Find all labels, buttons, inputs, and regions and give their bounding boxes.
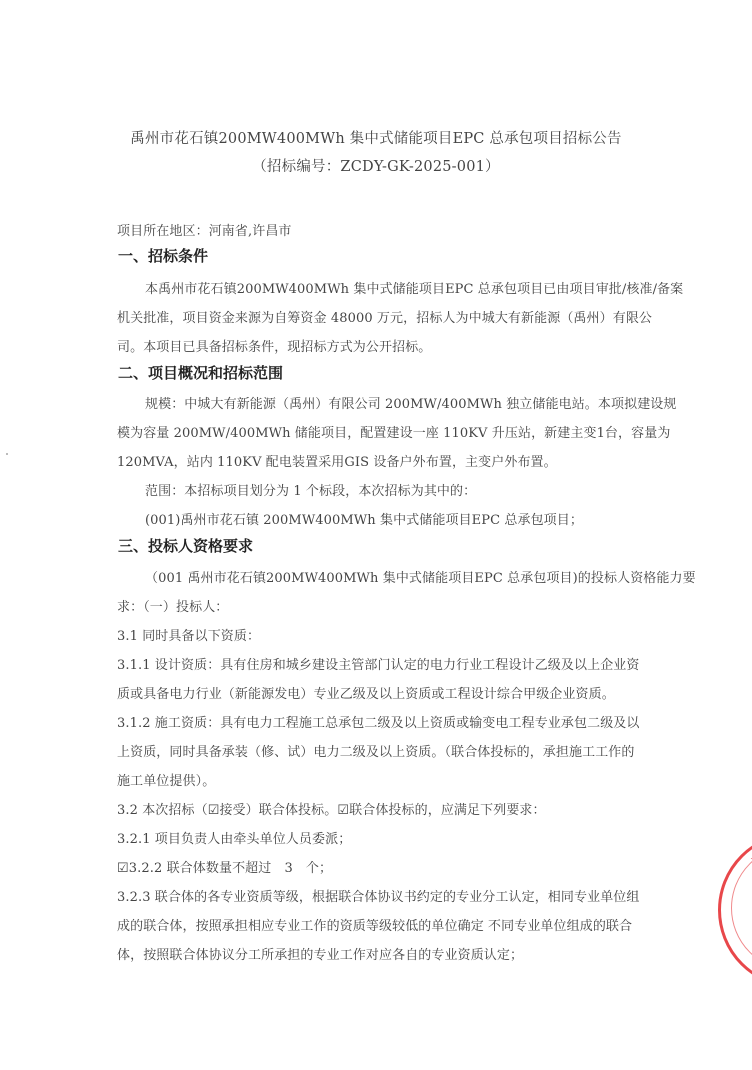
- paragraph-line: 3.2 本次招标（☑接受）联合体投标。☑联合体投标的，应满足下列要求：: [117, 799, 637, 818]
- paragraph-line: 3.1.1 设计资质：具有住房和城乡建设主管部门认定的电力行业工程设计乙级及以上…: [117, 654, 637, 673]
- section-heading-1: 一、招标条件: [118, 245, 208, 266]
- paragraph-line: 本禹州市花石镇200MW400MWh 集中式储能项目EPC 总承包项目已由项目审…: [145, 278, 665, 297]
- paragraph-line: 3.2.1 项目负责人由牵头单位人员委派；: [117, 828, 637, 847]
- project-location: 项目所在地区：河南省,许昌市: [117, 220, 637, 239]
- section-heading-3: 三、投标人资格要求: [118, 535, 253, 556]
- paragraph-line: 施工单位提供）。: [117, 770, 637, 789]
- paragraph-line: 上资质，同时具备承装（修、试）电力二级及以上资质。（联合体投标的，承担施工工作的: [117, 741, 637, 760]
- section-heading-2: 二、项目概况和招标范围: [118, 362, 283, 383]
- paragraph-line: 质或具备电力行业（新能源发电）专业乙级及以上资质或工程设计综合甲级企业资质。: [117, 683, 637, 702]
- paragraph-line: ☑3.2.2 联合体数量不超过 3 个；: [117, 857, 637, 876]
- paragraph-line: 范围：本招标项目划分为 1 个标段，本次招标为其中的：: [145, 480, 665, 499]
- paragraph-line: 规模：中城大有新能源（禹州）有限公司 200MW/400MWh 独立储能电站。本…: [145, 393, 665, 412]
- paragraph-line: 3.1 同时具备以下资质：: [117, 625, 637, 644]
- paragraph-line: 体，按照联合体协议分工所承担的专业工作对应各自的专业资质认定；: [117, 944, 637, 963]
- tender-announcement-page: 禹州市花石镇200MW400MWh 集中式储能项目EPC 总承包项目招标公告 （…: [0, 0, 752, 1070]
- paragraph-line: 司。本项目已具备招标条件，现招标方式为公开招标。: [117, 336, 637, 355]
- seal-inner-ring: [731, 845, 752, 971]
- paragraph-line: 3.2.3 联合体的各专业资质等级，根据联合体协议书约定的专业分工认定，相同专业…: [117, 886, 637, 905]
- scan-speck: [6, 453, 8, 455]
- paragraph-line: 3.1.2 施工资质：具有电力工程施工总承包二级及以上资质或输变电工程专业承包二…: [117, 712, 637, 731]
- paragraph-line: 机关批准，项目资金来源为自筹资金 48000 万元，招标人为中城大有新能源（禹州…: [117, 307, 637, 326]
- paragraph-line: 求：（一）投标人：: [117, 596, 637, 615]
- paragraph-line: 120MVA，站内 110KV 配电装置采用GIS 设备户外布置，主变户外布置。: [117, 451, 637, 470]
- tender-number: （招标编号：ZCDY-GK-2025-001）: [0, 155, 752, 176]
- paragraph-line: （001 禹州市花石镇200MW400MWh 集中式储能项目EPC 总承包项目)…: [145, 567, 665, 586]
- document-title: 禹州市花石镇200MW400MWh 集中式储能项目EPC 总承包项目招标公告: [0, 127, 752, 148]
- paragraph-line: 模为容量 200MW/400MWh 储能项目，配置建设一座 110KV 升压站，…: [117, 422, 637, 441]
- official-seal-stamp: 设工程: [718, 832, 752, 988]
- paragraph-line: 成的联合体，按照承担相应专业工作的资质等级较低的单位确定 不同专业单位组成的联合: [117, 915, 637, 934]
- paragraph-line: (001)禹州市花石镇 200MW400MWh 集中式储能项目EPC 总承包项目…: [145, 509, 665, 528]
